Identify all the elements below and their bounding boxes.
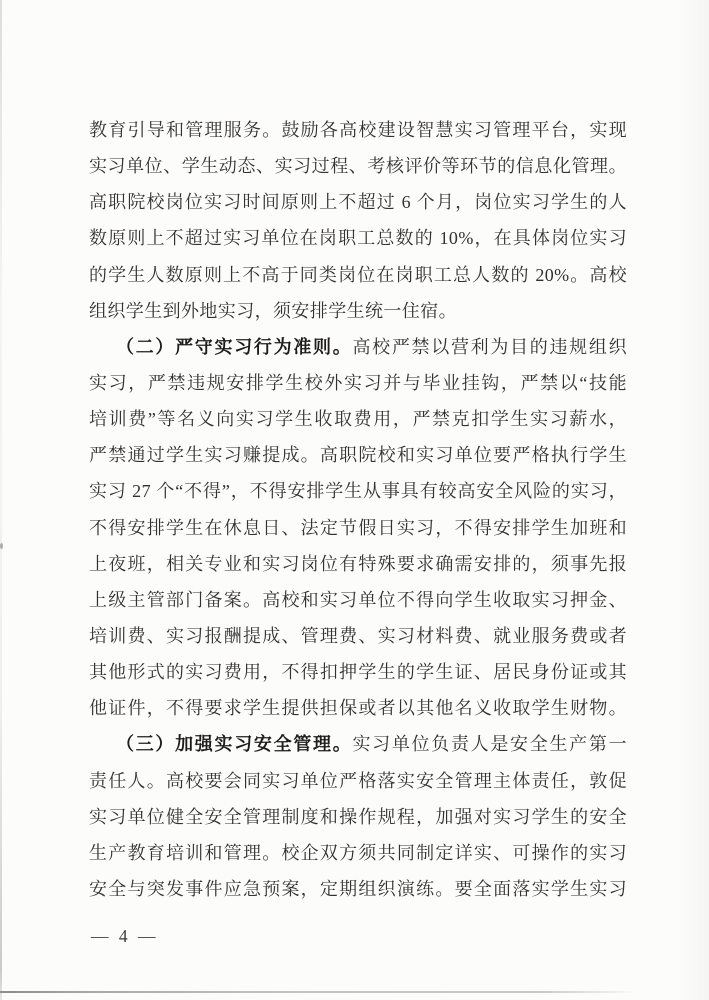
line-text: 不得安排学生在休息日、法定节假日实习，不得安排学生加班和 <box>89 518 627 538</box>
line-text: 实习单位健全安全管理制度和操作规程，加强对实习学生的安全 <box>89 807 627 827</box>
line-text: 严禁通过学生实习赚提成。高职院校和实习单位要严格执行学生 <box>89 445 627 465</box>
paragraph-line-with-heading: （三）加强实习安全管理。实习单位负责人是安全生产第一 <box>89 726 627 762</box>
paragraph-line: 上夜班，相关专业和实习岗位有特殊要求确需安排的，须事先报 <box>89 546 627 582</box>
line-text: 高职院校岗位实习时间原则上不超过 6 个月，岗位实习学生的人 <box>89 192 627 212</box>
section-heading: （三）加强实习安全管理。 <box>116 734 352 754</box>
scan-artifact-bottom-line <box>0 991 638 993</box>
paragraph-line: 他证件，不得要求学生提供担保或者以其他名义收取学生财物。 <box>89 690 627 726</box>
paragraph-line: 实习单位、学生动态、实习过程、考核评价等环节的信息化管理。 <box>89 148 627 184</box>
line-text: 责任人。高校要会同实习单位严格落实安全管理主体责任，敦促 <box>89 771 627 791</box>
line-text: 实习单位负责人是安全生产第一 <box>352 734 627 754</box>
paragraph-line: 组织学生到外地实习，须安排学生统一住宿。 <box>89 293 627 329</box>
paragraph-line: 实习 27 个“不得”，不得安排学生从事具有较高安全风险的实习， <box>89 473 627 509</box>
paragraph-line: 培训费”等名义向实习学生收取费用，严禁克扣学生实习薪水， <box>89 401 627 437</box>
line-text: 数原则上不超过实习单位在岗职工总数的 10%，在具体岗位实习 <box>89 228 627 248</box>
line-text: 培训费”等名义向实习学生收取费用，严禁克扣学生实习薪水， <box>89 409 627 429</box>
scan-artifact-right-shade <box>679 0 709 1000</box>
line-text: 培训费、实习报酬提成、管理费、实习材料费、就业服务费或者 <box>89 626 627 646</box>
paragraph-line-with-heading: （二）严守实习行为准则。高校严禁以营利为目的违规组织 <box>89 329 627 365</box>
section-heading: （二）严守实习行为准则。 <box>116 337 352 357</box>
line-text: 上夜班，相关专业和实习岗位有特殊要求确需安排的，须事先报 <box>89 554 627 574</box>
line-text: 实习 27 个“不得”，不得安排学生从事具有较高安全风险的实习， <box>89 481 627 501</box>
paragraph-line: 实习，严禁违规安排学生校外实习并与毕业挂钩，严禁以“技能 <box>89 365 627 401</box>
scan-artifact-left-edge <box>0 0 2 1000</box>
line-text: 实习单位、学生动态、实习过程、考核评价等环节的信息化管理。 <box>89 156 627 176</box>
line-text: 组织学生到外地实习，须安排学生统一住宿。 <box>89 301 457 321</box>
paragraph-line: 教育引导和管理服务。鼓励各高校建设智慧实习管理平台，实现 <box>89 112 627 148</box>
paragraph-line: 严禁通过学生实习赚提成。高职院校和实习单位要严格执行学生 <box>89 437 627 473</box>
paragraph-line: 的学生人数原则上不高于同类岗位在岗职工总人数的 20%。高校 <box>89 257 627 293</box>
line-text: 其他形式的实习费用，不得扣押学生的学生证、居民身份证或其 <box>89 662 627 682</box>
line-text: 教育引导和管理服务。鼓励各高校建设智慧实习管理平台，实现 <box>89 120 627 140</box>
line-text: 安全与突发事件应急预案，定期组织演练。要全面落实学生实习 <box>89 879 627 899</box>
line-text: 生产教育培训和管理。校企双方须共同制定详实、可操作的实习 <box>89 843 627 863</box>
paragraph-line: 其他形式的实习费用，不得扣押学生的学生证、居民身份证或其 <box>89 654 627 690</box>
paragraph-line: 不得安排学生在休息日、法定节假日实习，不得安排学生加班和 <box>89 510 627 546</box>
paragraph-line: 数原则上不超过实习单位在岗职工总数的 10%，在具体岗位实习 <box>89 220 627 256</box>
paragraph-line: 责任人。高校要会同实习单位严格落实安全管理主体责任，敦促 <box>89 763 627 799</box>
line-text: 高校严禁以营利为目的违规组织 <box>352 337 627 357</box>
paragraph-line: 上级主管部门备案。高校和实习单位不得向学生收取实习押金、 <box>89 582 627 618</box>
paragraph-line: 高职院校岗位实习时间原则上不超过 6 个月，岗位实习学生的人 <box>89 184 627 220</box>
line-text: 的学生人数原则上不高于同类岗位在岗职工总人数的 20%。高校 <box>89 265 627 285</box>
paragraph-line: 安全与突发事件应急预案，定期组织演练。要全面落实学生实习 <box>89 871 627 907</box>
paragraph-line: 生产教育培训和管理。校企双方须共同制定详实、可操作的实习 <box>89 835 627 871</box>
line-text: 上级主管部门备案。高校和实习单位不得向学生收取实习押金、 <box>89 590 627 610</box>
paragraph-line: 实习单位健全安全管理制度和操作规程，加强对实习学生的安全 <box>89 799 627 835</box>
line-text: 他证件，不得要求学生提供担保或者以其他名义收取学生财物。 <box>89 698 627 718</box>
text-block: 教育引导和管理服务。鼓励各高校建设智慧实习管理平台，实现实习单位、学生动态、实习… <box>89 112 627 907</box>
scan-artifact-speck <box>0 543 3 549</box>
line-text: 实习，严禁违规安排学生校外实习并与毕业挂钩，严禁以“技能 <box>89 373 627 393</box>
paragraph-line: 培训费、实习报酬提成、管理费、实习材料费、就业服务费或者 <box>89 618 627 654</box>
document-page: 教育引导和管理服务。鼓励各高校建设智慧实习管理平台，实现实习单位、学生动态、实习… <box>0 0 709 1000</box>
page-number: — 4 — <box>91 924 159 948</box>
